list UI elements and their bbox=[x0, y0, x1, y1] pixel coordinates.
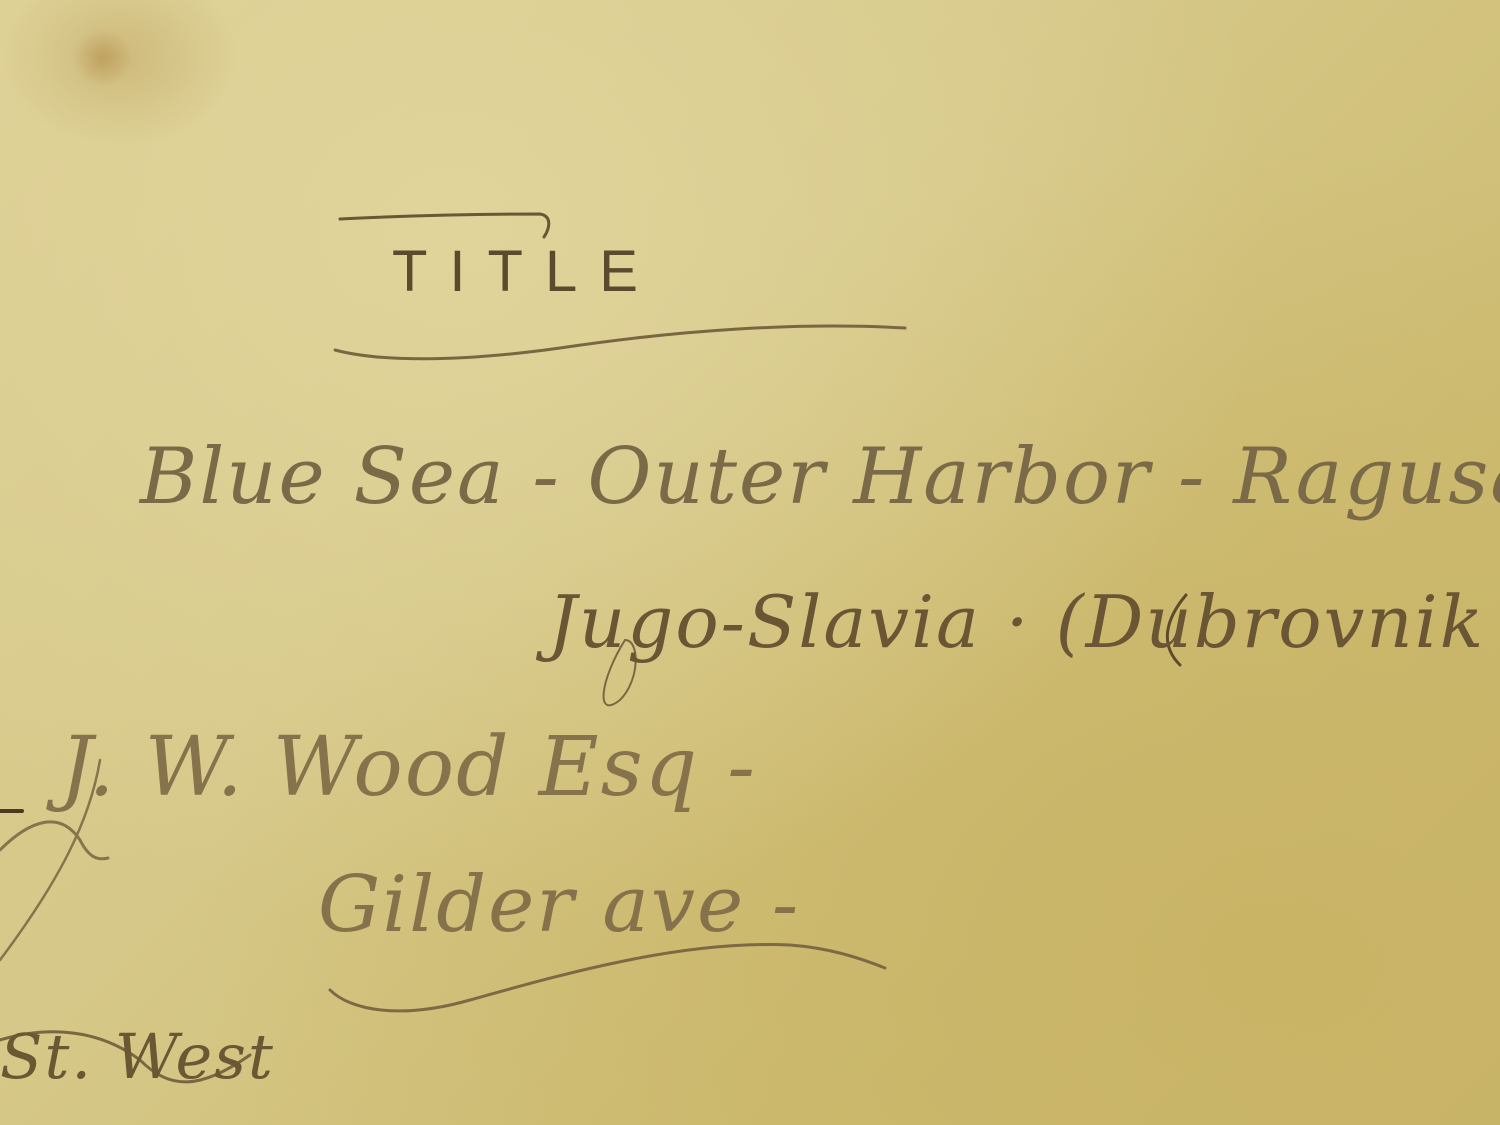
ink-flourishes bbox=[0, 0, 1500, 1125]
title-line-1: Blue Sea - Outer Harbor - Ragusa bbox=[140, 432, 1500, 522]
title-underline bbox=[335, 326, 905, 359]
document-heading: TITLE bbox=[392, 238, 660, 305]
title-overline bbox=[340, 214, 549, 237]
title-line-2: Jugo-Slavia · (Dubrovnik bbox=[548, 580, 1485, 664]
aged-paper-sheet: TITLE Blue Sea - Outer Harbor - Ragusa J… bbox=[0, 0, 1500, 1125]
j-curl bbox=[0, 822, 108, 859]
paper-stain bbox=[72, 28, 132, 88]
address-city: St. West bbox=[0, 1020, 275, 1093]
recipient-name: J. W. Wood Esq - bbox=[60, 720, 757, 815]
gilder-underline bbox=[330, 945, 885, 1011]
address-street: Gilder ave - bbox=[318, 860, 800, 950]
